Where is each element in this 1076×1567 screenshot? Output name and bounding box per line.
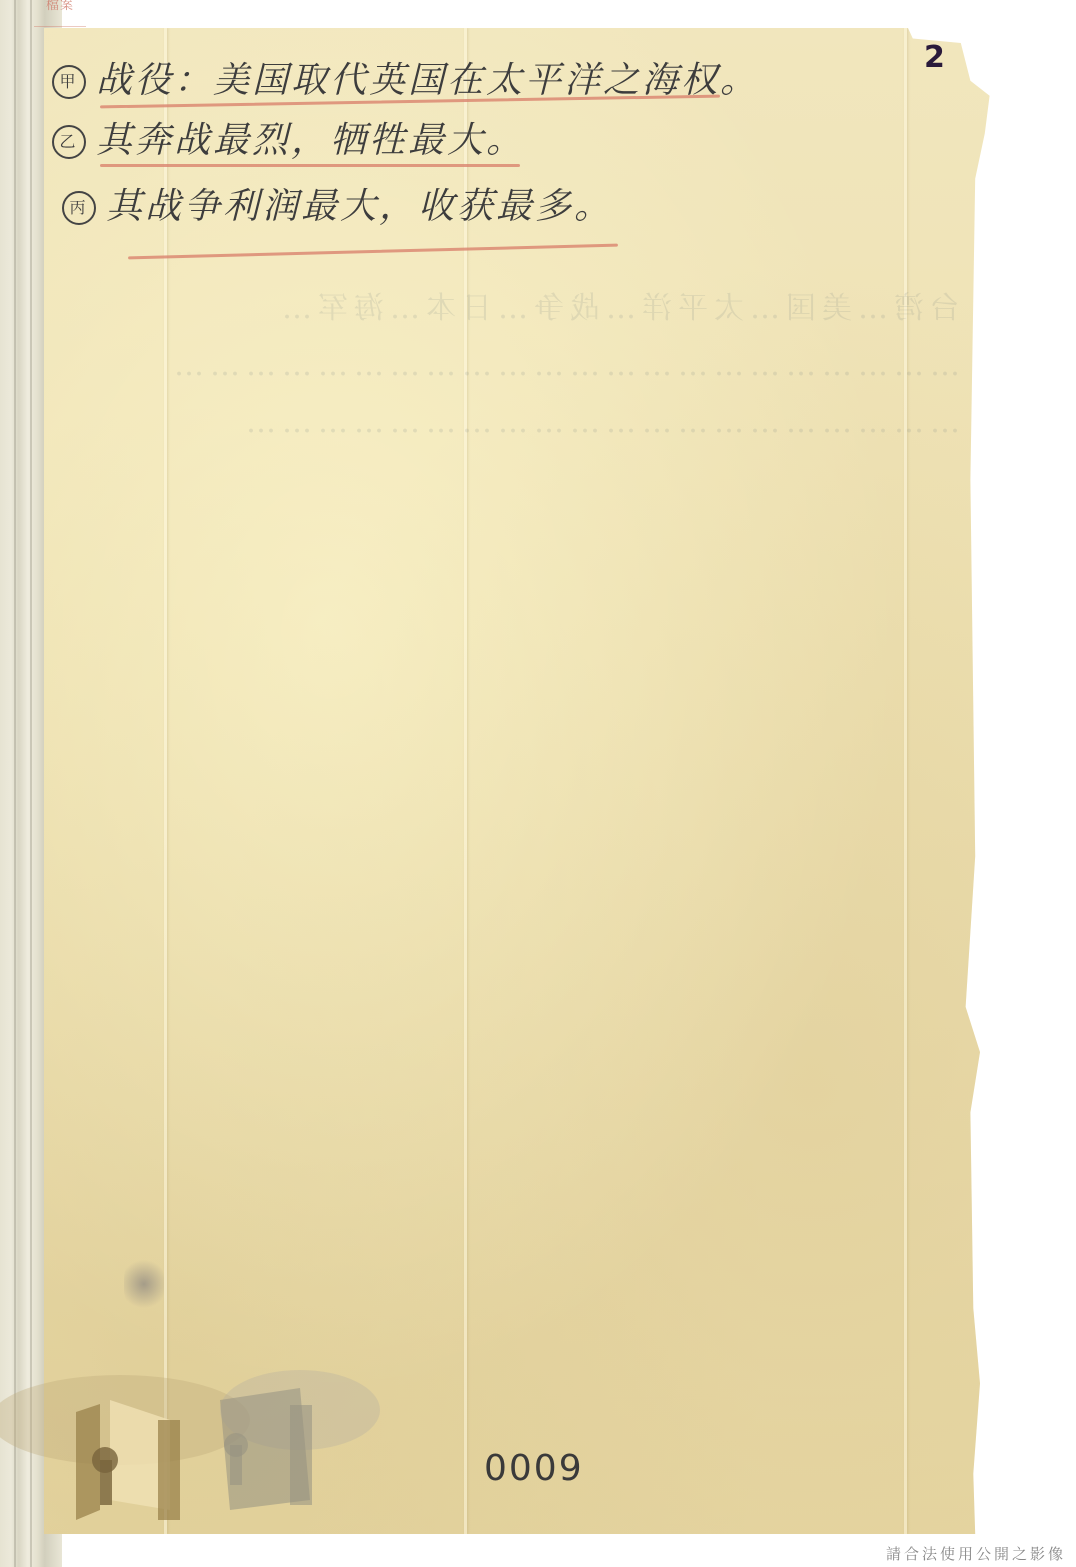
- usage-notice: 請合法使用公開之影像: [886, 1543, 1066, 1564]
- folio-number: 0009: [484, 1448, 584, 1489]
- circled-marker: 丙: [62, 191, 96, 225]
- line-text: 其战争利润最大，收获最多。: [106, 186, 613, 227]
- archive-stamp: 檔案: [34, 0, 86, 27]
- circled-marker: 乙: [52, 125, 86, 159]
- handwritten-line-3: 丙其战争利润最大，收获最多。: [62, 178, 613, 229]
- paper-crease: [904, 28, 907, 1534]
- circled-marker: 甲: [52, 65, 86, 99]
- handwritten-line-2: 乙其奔战最烈，牺牲最大。: [52, 112, 525, 163]
- page-number: 2: [924, 40, 945, 75]
- red-underline: [100, 164, 520, 167]
- binding-line: [30, 0, 32, 1567]
- paper-crease: [464, 28, 467, 1534]
- line-text: 其奔战最烈，牺牲最大。: [96, 120, 525, 161]
- ink-smudge: [124, 1256, 164, 1312]
- binding-line: [14, 0, 16, 1567]
- paper-crease: [164, 28, 167, 1534]
